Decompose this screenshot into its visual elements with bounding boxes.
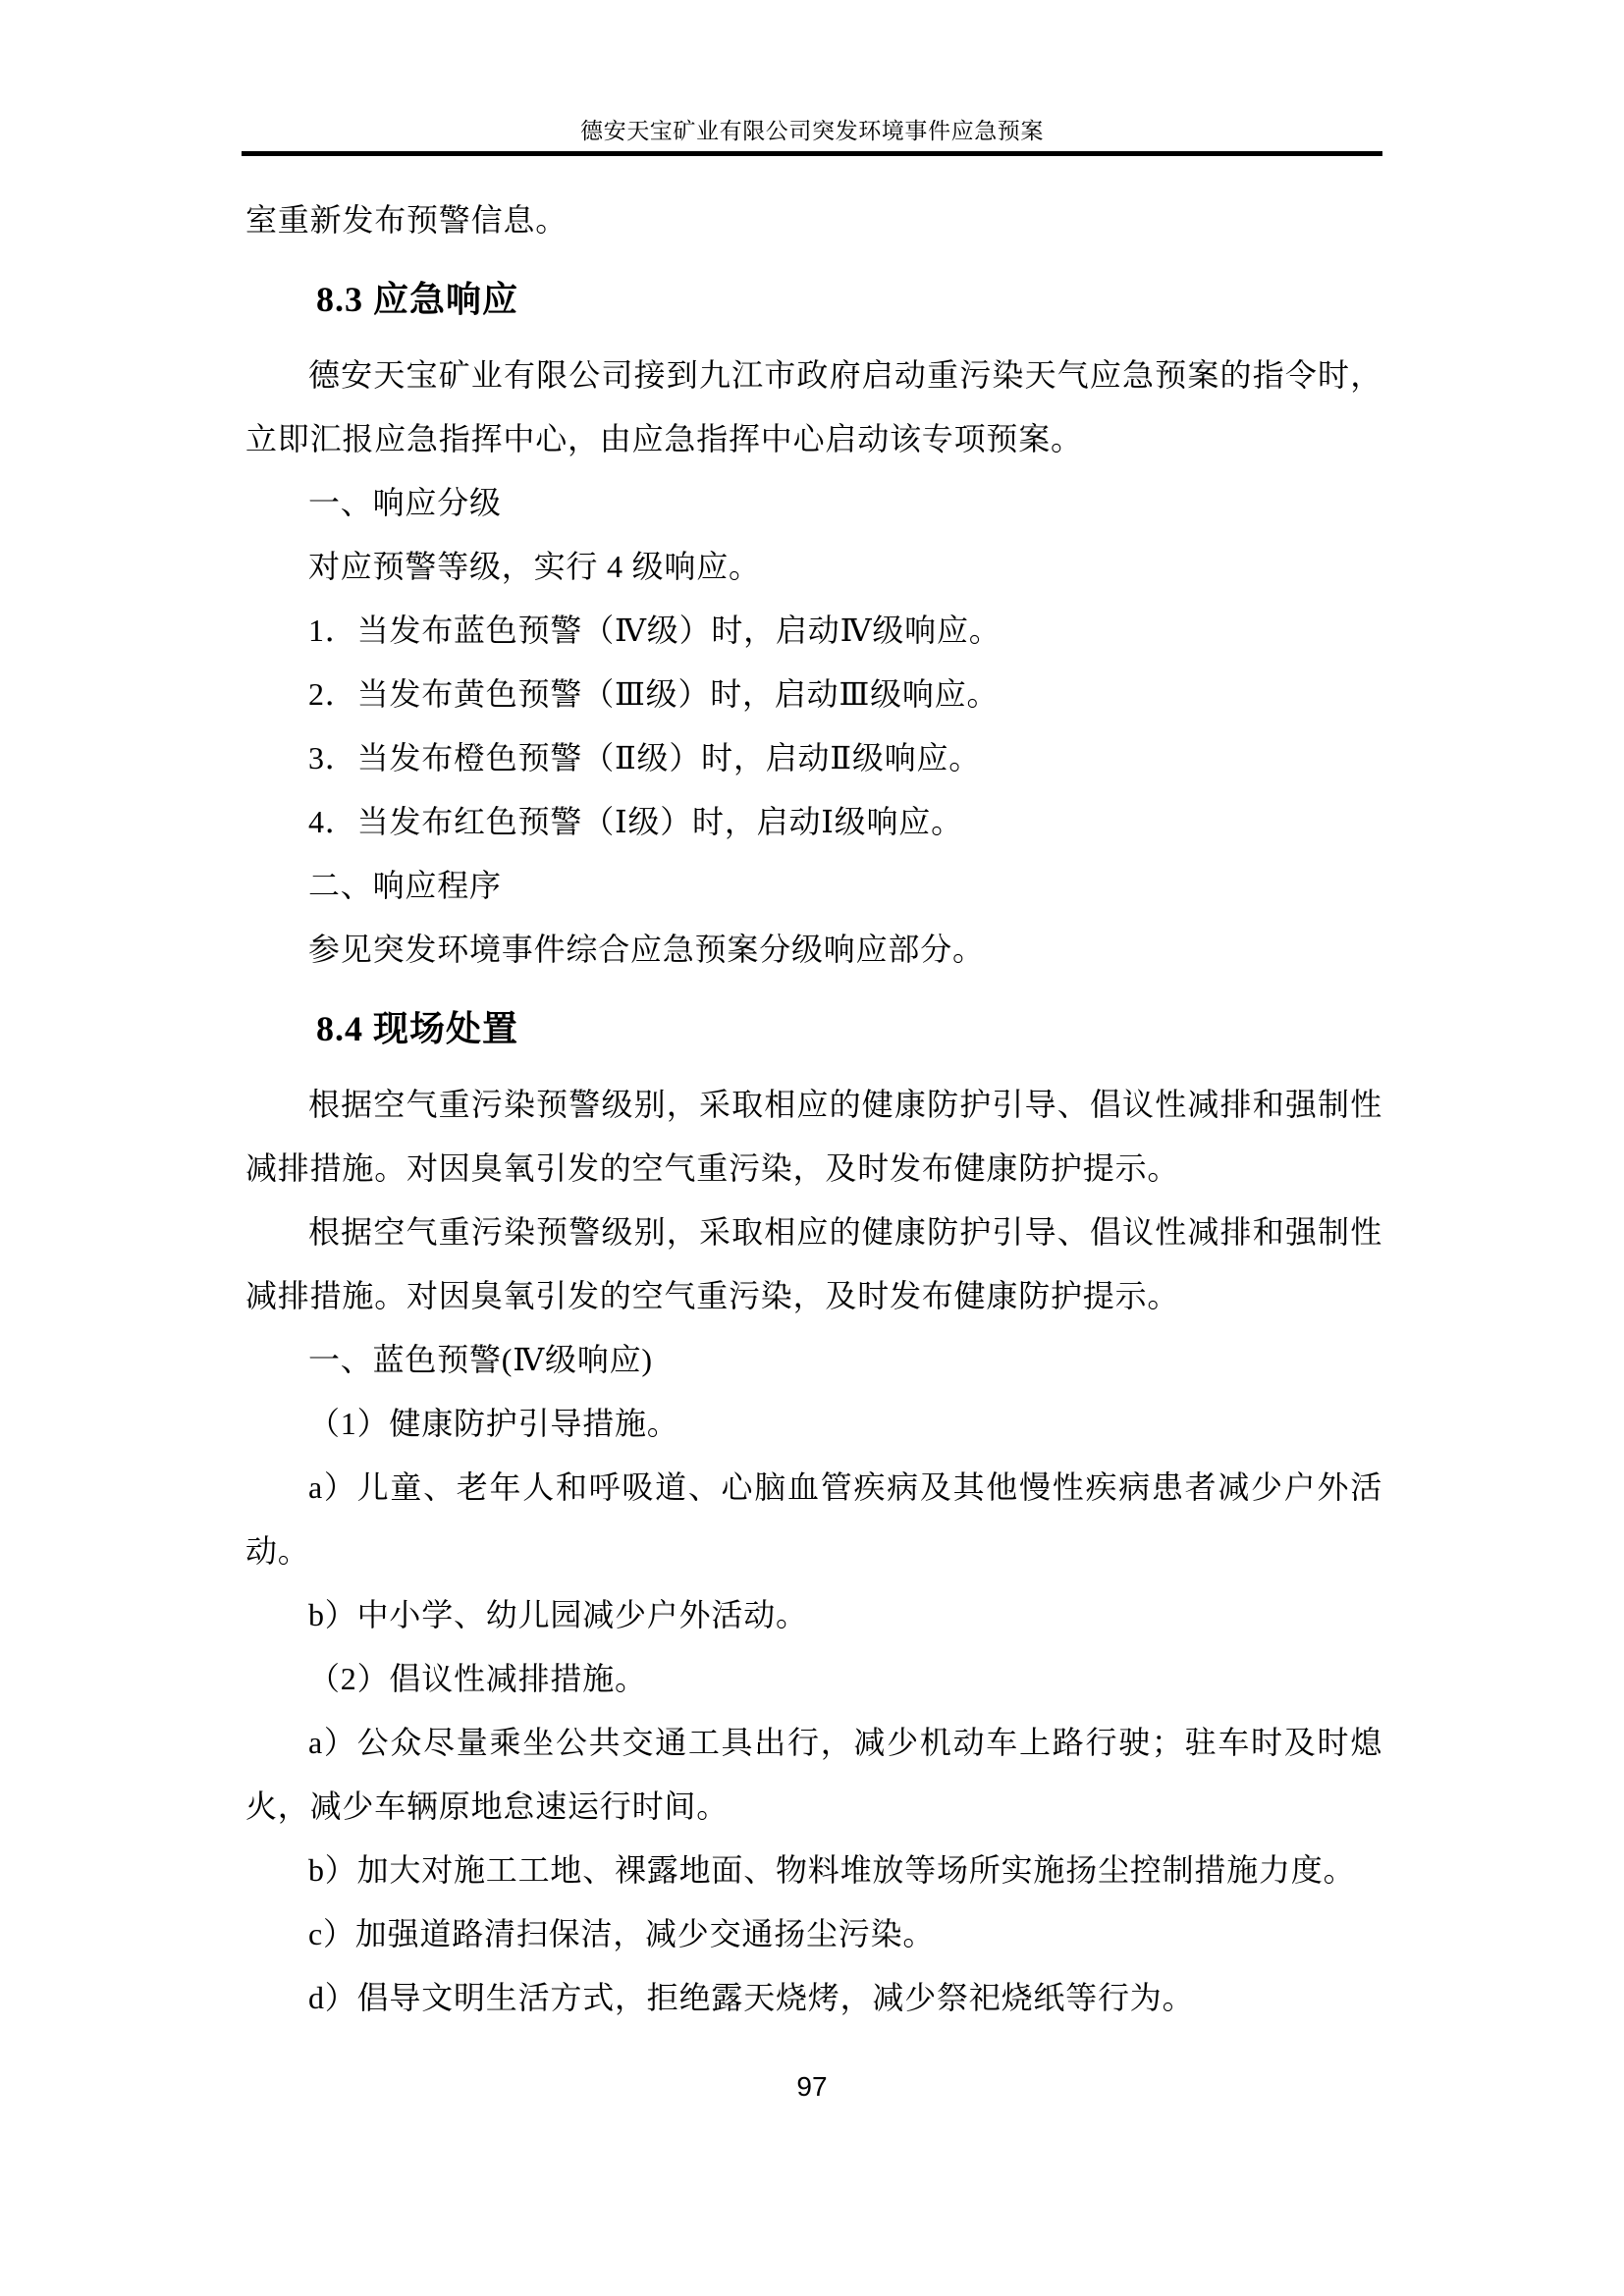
response-level-item-4: 4．当发布红色预警（Ⅰ级）时，启动Ⅰ级响应。	[245, 790, 1382, 854]
paragraph-continuation: 室重新发布预警信息。	[245, 188, 1382, 252]
advocacy-reduction-title: （2）倡议性减排措施。	[245, 1647, 1382, 1711]
document-header-title: 德安天宝矿业有限公司突发环境事件应急预案	[0, 118, 1624, 145]
response-procedure-body: 参见突发环境事件综合应急预案分级响应部分。	[245, 918, 1382, 982]
section-heading-8-4: 8.4 现场处置	[245, 997, 1382, 1061]
subsection-title-blue-warning: 一、蓝色预警(Ⅳ级响应)	[245, 1328, 1382, 1392]
subsection-title-response-procedure: 二、响应程序	[245, 854, 1382, 918]
section-heading-8-3: 8.3 应急响应	[245, 268, 1382, 332]
advocacy-reduction-item-a: a）公众尽量乘坐公共交通工具出行，减少机动车上路行驶；驻车时及时熄火，减少车辆原…	[245, 1711, 1382, 1839]
health-guidance-item-a: a）儿童、老年人和呼吸道、心脑血管疾病及其他慢性疾病患者减少户外活动。	[245, 1456, 1382, 1583]
response-level-item-1: 1．当发布蓝色预警（Ⅳ级）时，启动Ⅳ级响应。	[245, 599, 1382, 663]
response-level-item-2: 2．当发布黄色预警（Ⅲ级）时，启动Ⅲ级响应。	[245, 663, 1382, 726]
response-grading-intro: 对应预警等级，实行 4 级响应。	[245, 535, 1382, 599]
page-number: 97	[0, 2061, 1624, 2112]
document-body: 室重新发布预警信息。 8.3 应急响应 德安天宝矿业有限公司接到九江市政府启动重…	[245, 188, 1382, 2030]
response-level-item-3: 3．当发布橙色预警（Ⅱ级）时，启动Ⅱ级响应。	[245, 726, 1382, 790]
subsection-title-response-grading: 一、响应分级	[245, 471, 1382, 535]
section-8-4-paragraph-2: 根据空气重污染预警级别，采取相应的健康防护引导、倡议性减排和强制性减排措施。对因…	[245, 1201, 1382, 1328]
header-rule	[242, 151, 1382, 156]
advocacy-reduction-item-d: d）倡导文明生活方式，拒绝露天烧烤，减少祭祀烧纸等行为。	[245, 1966, 1382, 2030]
health-guidance-item-b: b）中小学、幼儿园减少户外活动。	[245, 1583, 1382, 1647]
advocacy-reduction-item-c: c）加强道路清扫保洁，减少交通扬尘污染。	[245, 1902, 1382, 1966]
advocacy-reduction-item-b: b）加大对施工工地、裸露地面、物料堆放等场所实施扬尘控制措施力度。	[245, 1839, 1382, 1902]
document-page: 德安天宝矿业有限公司突发环境事件应急预案 室重新发布预警信息。 8.3 应急响应…	[0, 0, 1624, 2296]
section-8-4-paragraph-1: 根据空气重污染预警级别，采取相应的健康防护引导、倡议性减排和强制性减排措施。对因…	[245, 1073, 1382, 1201]
section-8-3-intro-paragraph: 德安天宝矿业有限公司接到九江市政府启动重污染天气应急预案的指令时，立即汇报应急指…	[245, 344, 1382, 471]
health-guidance-title: （1）健康防护引导措施。	[245, 1392, 1382, 1456]
